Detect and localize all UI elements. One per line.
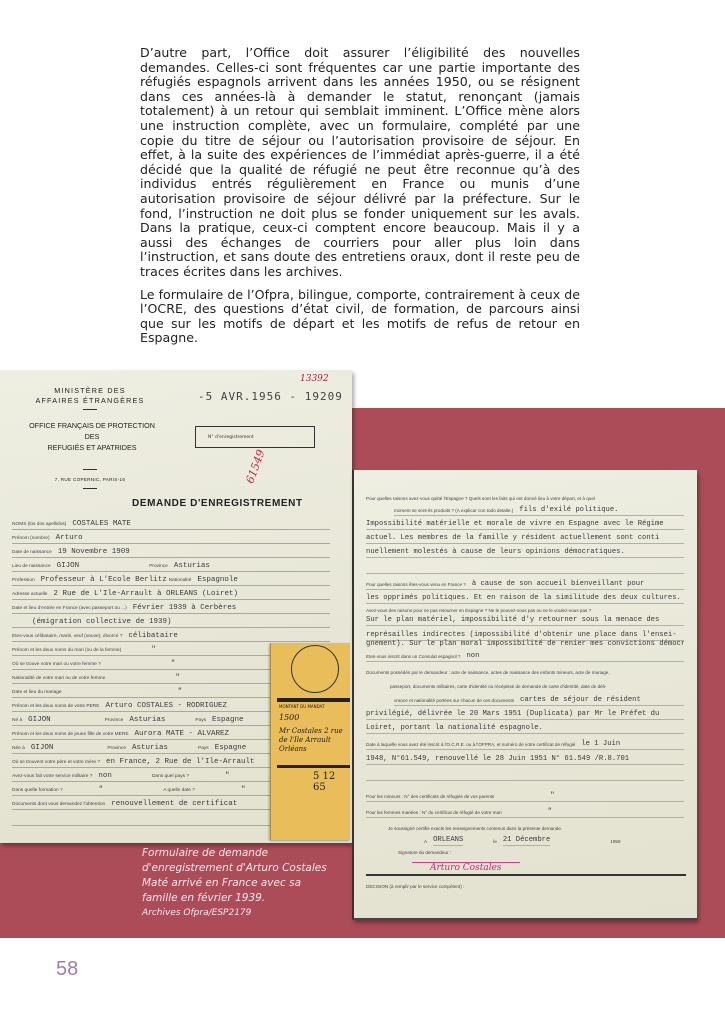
field-birth-place: Lieu de naissance GIJON Province Asturia… — [12, 558, 330, 572]
question-registration-date: Date à laquelle vous avez été inscrit à … — [366, 736, 684, 750]
answer-line: gnement). Sur le plan moral impossibilit… — [366, 635, 684, 649]
office-header: OFFICE FRANÇAIS DE PROTECTION DES REFUGI… — [12, 420, 172, 453]
registration-form-verso-scan: Pour quelles raisons avez-vous quitté l'… — [352, 470, 697, 920]
divider — [277, 765, 350, 768]
field-names: NOMS (los dos apellidos) COSTALES MATE — [12, 516, 330, 530]
question-minors: Pour les mineurs : N° des certificats de… — [366, 788, 684, 802]
handwritten-file-number: 61549 — [243, 448, 267, 485]
certification-statement: Je soussigné certifie exacts les renseig… — [388, 826, 697, 831]
answer-line-blank — [366, 767, 684, 781]
divider — [83, 409, 97, 410]
ministry-header: MINISTÈRE DES AFFAIRES ÉTRANGÈRES — [20, 386, 160, 406]
divider — [277, 698, 350, 702]
answer-line: les opprimés politiques. Et en raison de… — [366, 590, 684, 604]
answer-line: 1948, N°61.549, renouvellé le 28 Juin 19… — [366, 751, 684, 765]
divider — [83, 469, 97, 470]
paragraph: D’autre part, l’Office doit assurer l’él… — [140, 46, 580, 280]
question-why-france: Pour quelles raisons êtes-vous venu en F… — [366, 576, 684, 590]
answer-line: Impossibilité matérielle et morale de vi… — [366, 516, 684, 530]
question-documents-label: Documents possédés par le demandeur : ac… — [366, 670, 686, 675]
answer-line: privilégié, délivrée le 20 Mars 1951 (Du… — [366, 706, 684, 720]
voucher-amount: 1500 — [279, 713, 299, 722]
date-stamp: -5 AVR.1956 - 19209 — [198, 390, 343, 403]
answer-line: actuel. Les membres de la famille y rési… — [366, 530, 684, 544]
body-text: D’autre part, l’Office doit assurer l’él… — [140, 46, 580, 354]
field-first-name: Prénom (nombre) Arturo — [12, 530, 330, 544]
form-title: DEMANDE D'ENREGISTREMENT — [132, 498, 303, 509]
question-departure: moment se sont-ils produits ? (A explica… — [394, 502, 684, 516]
signature-label: Signature du demandeur : — [398, 850, 697, 855]
caption-source: Archives Ofpra/ESP2179 — [142, 906, 352, 920]
field-address: Adresse actuelle 2 Rue de L'Ile-Arrault … — [12, 586, 330, 600]
field-marital-status: Etes-vous célibataire, marié, veuf (veuv… — [12, 628, 330, 642]
voucher-label: MONTANT DU MANDAT — [279, 704, 325, 709]
page-number: 58 — [56, 958, 78, 981]
field-birth-date: Date de naissance 19 Novembre 1909 — [12, 544, 330, 558]
voucher-number: 5 12 65 — [313, 771, 350, 793]
divider — [366, 874, 686, 876]
postmark-icon — [291, 645, 339, 693]
question-departure-label: Pour quelles raisons avez-vous quitté l'… — [366, 496, 686, 501]
field-entry-note: (émigration collective de 1939) — [12, 614, 330, 628]
registration-number-box: N° d'enregistrement — [195, 426, 315, 448]
paragraph: Le formulaire de l’Ofpra, bilingue, comp… — [140, 288, 580, 346]
field-profession: Profession Professeur à L'Ecole Berlitz … — [12, 572, 330, 586]
handwritten-number: 13392 — [300, 374, 329, 384]
office-address: 7, RUE COPERNIC, PARIS-16 — [20, 477, 160, 482]
question-consulate: Etes-vous inscrit dans un Consulat espag… — [366, 648, 684, 662]
answer-line: Loiret, portant la nationalité espagnole… — [366, 720, 684, 734]
voucher-handwriting: Mr Costales 2 rue de l'Ile Arrault Orléa… — [279, 727, 349, 754]
field-entry-date: Date et lieu d'entrée en France (avec pa… — [12, 600, 330, 614]
answer-line-blank — [366, 560, 684, 574]
signature: Arturo Costales — [412, 862, 520, 873]
answer-line: nuellement molestés à cause de leurs opi… — [366, 544, 684, 558]
question-documents-label: passeport, documents militaires, carte d… — [390, 684, 697, 689]
place-date-line: A ORLEANS le 21 Décembre 1955 — [424, 832, 682, 846]
question-married-women: Pour les femmes mariées : N° du certific… — [366, 804, 684, 818]
decision-label: DECISION (à remplir par le service compé… — [366, 884, 686, 889]
postal-voucher: MONTANT DU MANDAT 1500 Mr Costales 2 rue… — [270, 643, 350, 840]
answer-line: Sur le plan matériel, impossibilité d'y … — [366, 612, 684, 626]
figure-caption: Formulaire de demande d'enregistrement d… — [142, 846, 352, 920]
question-documents: vrance et nationalité portées sur chacun… — [394, 692, 684, 706]
divider — [83, 488, 97, 489]
